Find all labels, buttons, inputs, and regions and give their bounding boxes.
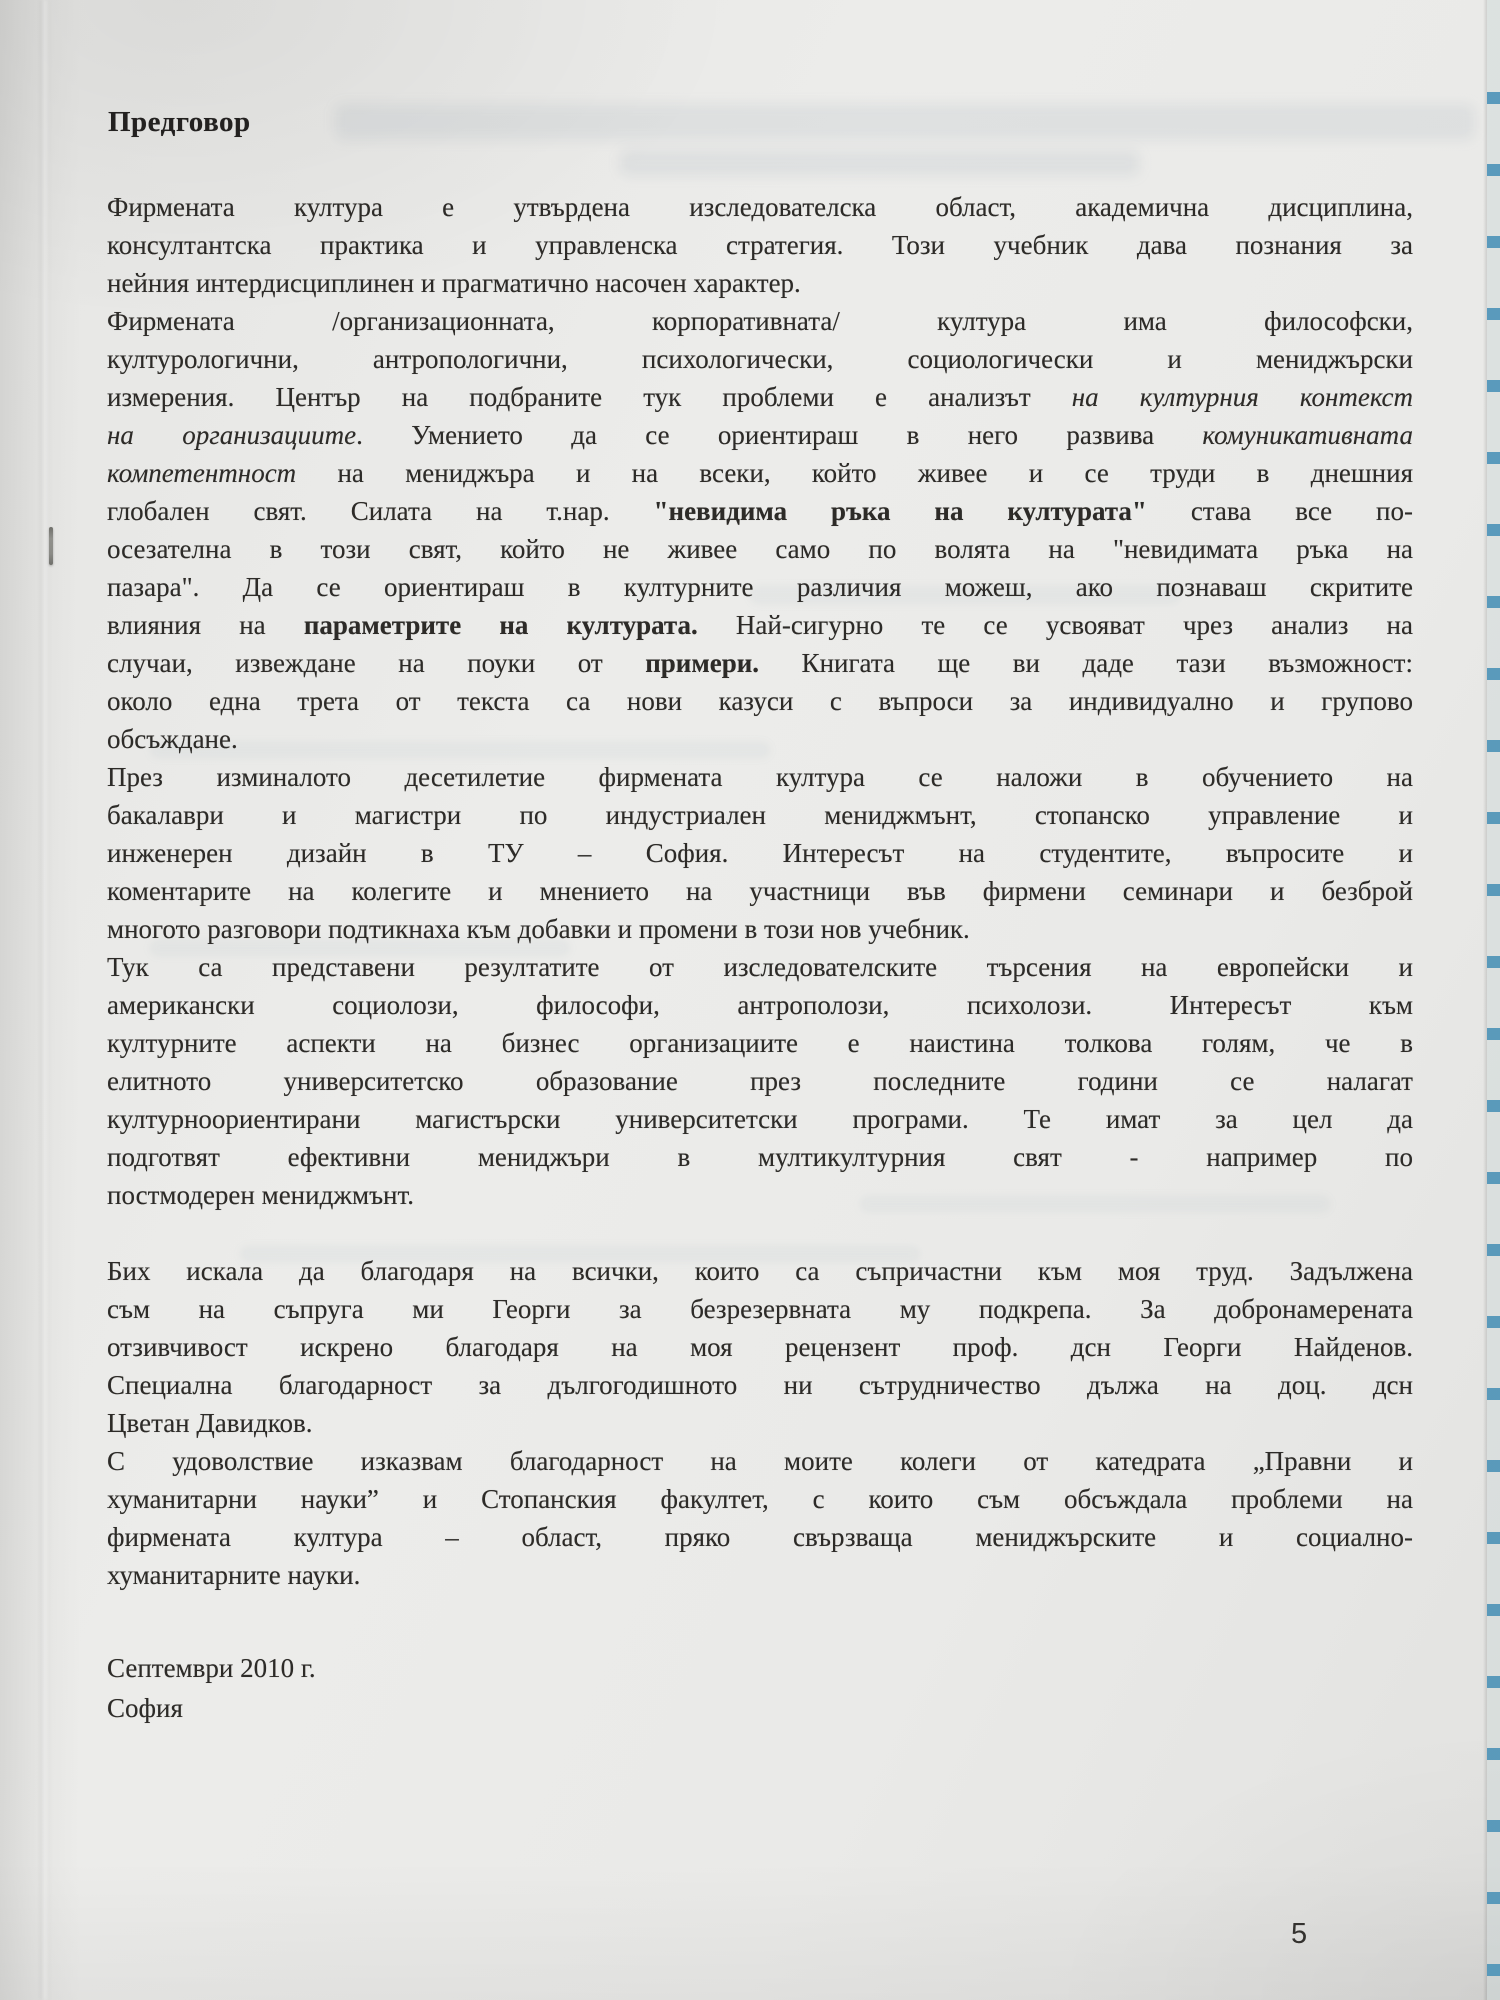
page-number: 5	[1291, 1918, 1307, 1951]
preface-body: Фирмената култура е утвърдена изследоват…	[107, 188, 1413, 1594]
text-line: Тук са представени резултатите от изслед…	[107, 948, 1413, 986]
text-line: културноориентирани магистърски универси…	[107, 1100, 1413, 1138]
staple	[49, 527, 53, 565]
show-through-heading	[335, 104, 1475, 140]
text-line: постмодерен мениджмънт.	[107, 1176, 1413, 1214]
text-line: съм на съпруга ми Георги за безрезервнат…	[107, 1290, 1413, 1328]
page-fold-crease	[40, 0, 49, 2000]
paragraph: Тук са представени резултатите от изслед…	[107, 948, 1413, 1214]
text-line: хуманитарните науки.	[107, 1556, 1413, 1594]
text-line: консултантска практика и управленска стр…	[107, 226, 1413, 264]
text-line: на организациите. Умението да се ориенти…	[107, 416, 1413, 454]
text-line: случаи, извеждане на поуки от примери. К…	[107, 644, 1413, 682]
text-line: културологични, антропологични, психолог…	[107, 340, 1413, 378]
book-page-photo: Предговор Фирмената култура е утвърдена …	[0, 0, 1500, 2000]
paragraph: Фирмената /организационната, корпоративн…	[107, 302, 1413, 758]
text-line: Цветан Давидков.	[107, 1404, 1413, 1442]
show-through-heading-line2	[620, 150, 1140, 176]
text-line: бакалаври и магистри по индустриален мен…	[107, 796, 1413, 834]
text-line: хуманитарни науки” и Стопанския факултет…	[107, 1480, 1413, 1518]
text-line: културните аспекти на бизнес организации…	[107, 1024, 1413, 1062]
text-line: компетентност на мениджъра и на всеки, к…	[107, 454, 1413, 492]
text-line: Фирмената /организационната, корпоративн…	[107, 302, 1413, 340]
closing-date-line: Септември 2010 г.	[107, 1648, 316, 1688]
paragraph: Фирмената култура е утвърдена изследоват…	[107, 188, 1413, 302]
text-line: американски социолози, философи, антропо…	[107, 986, 1413, 1024]
page-edge-tabs	[1487, 0, 1500, 2000]
text-line: отзивчивост искрено благодаря на моя рец…	[107, 1328, 1413, 1366]
text-line: подготвят ефективни мениджъри в мултикул…	[107, 1138, 1413, 1176]
paragraph: Бих искала да благодаря на всички, които…	[107, 1252, 1413, 1442]
text-line: С удоволствие изказвам благодарност на м…	[107, 1442, 1413, 1480]
paragraph: С удоволствие изказвам благодарност на м…	[107, 1442, 1413, 1594]
paragraph: През изминалото десетилетие фирмената ку…	[107, 758, 1413, 948]
text-line: измерения. Център на подбраните тук проб…	[107, 378, 1413, 416]
text-line: осезателна в този свят, който не живее с…	[107, 530, 1413, 568]
closing-block: Септември 2010 г. София	[107, 1648, 316, 1728]
closing-city-line: София	[107, 1688, 316, 1728]
text-line: пазара". Да се ориентираш в културните р…	[107, 568, 1413, 606]
text-line: елитното университетско образование през…	[107, 1062, 1413, 1100]
text-line: фирмената култура – област, пряко свързв…	[107, 1518, 1413, 1556]
text-line: глобален свят. Силата на т.нар. "невидим…	[107, 492, 1413, 530]
text-line: коментарите на колегите и мнението на уч…	[107, 872, 1413, 910]
text-line: Бих искала да благодаря на всички, които…	[107, 1252, 1413, 1290]
text-line: обсъждане.	[107, 720, 1413, 758]
text-line: многото разговори подтикнаха към добавки…	[107, 910, 1413, 948]
text-line: нейния интердисциплинен и прагматично на…	[107, 264, 1413, 302]
text-line: около една трета от текста са нови казус…	[107, 682, 1413, 720]
text-line: Специална благодарност за дългогодишното…	[107, 1366, 1413, 1404]
text-line: инженерен дизайн в ТУ – София. Интересът…	[107, 834, 1413, 872]
text-line: влияния на параметрите на културата. Най…	[107, 606, 1413, 644]
text-line: Фирмената култура е утвърдена изследоват…	[107, 188, 1413, 226]
text-line: През изминалото десетилетие фирмената ку…	[107, 758, 1413, 796]
page-title: Предговор	[108, 106, 251, 139]
